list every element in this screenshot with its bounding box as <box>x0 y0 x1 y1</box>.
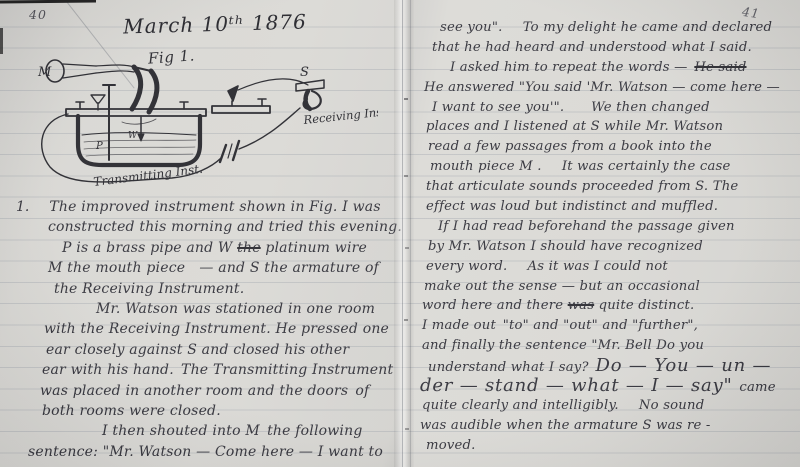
manuscript-text: that articulate sounds proceeded from S.… <box>426 179 738 194</box>
figure-label-p: P <box>95 141 103 152</box>
manuscript-text: P is a brass pipe and W <box>62 240 237 256</box>
manuscript-text: moved. <box>426 438 476 453</box>
manuscript-text: the Receiving Instrument. <box>54 281 244 297</box>
manuscript-line: der — stand — what — I — say" came <box>410 376 798 396</box>
manuscript-text: that he had heard and understood what I … <box>432 40 752 55</box>
manuscript-text: ear closely against S and closed his oth… <box>46 342 349 358</box>
manuscript-text: effect was loud but indistinct and muffl… <box>426 199 718 214</box>
manuscript-line: read a few passages from a book into the <box>410 137 798 157</box>
manuscript-line: was audible when the armature S was re - <box>410 416 798 436</box>
manuscript-line: every word. As it was I could not <box>410 257 798 277</box>
manuscript-line: moved. <box>410 436 798 456</box>
scan-edge-smudge <box>0 28 3 54</box>
liquid-transmitter-figure: M S P W Receiving Inst. Transmitting Ins… <box>22 50 378 202</box>
manuscript-text: mouth piece M . It was certainly the cas… <box>430 159 730 174</box>
manuscript-text: was audible when the armature S was re - <box>420 418 711 433</box>
manuscript-line: I made out "to" and "out" and "further", <box>410 316 798 336</box>
manuscript-line: 1.The improved instrument shown in Fig. … <box>10 197 400 217</box>
manuscript-text: came <box>733 380 776 395</box>
manuscript-line: constructed this morning and tried this … <box>10 217 400 237</box>
notebook-scan: 40 March 10ᵗʰ 1876 Fig 1. <box>0 0 800 467</box>
gutter-fold-line <box>402 0 403 467</box>
manuscript-line: and finally the sentence "Mr. Bell Do yo… <box>410 336 798 356</box>
manuscript-line: quite clearly and intelligibly. No sound <box>410 396 798 416</box>
manuscript-text: read a few passages from a book into the <box>428 139 712 154</box>
manuscript-line: Mr. Watson was stationed in one room <box>10 299 400 319</box>
manuscript-text: Do — You — un — <box>595 355 771 376</box>
manuscript-line: that articulate sounds proceeded from S.… <box>410 177 798 197</box>
gutter-fold-line <box>410 0 411 467</box>
notebook-page-left: 40 March 10ᵗʰ 1876 Fig 1. <box>0 0 402 467</box>
figure-label-m: M <box>37 65 52 80</box>
manuscript-line: ear closely against S and closed his oth… <box>10 340 400 360</box>
manuscript-line: places and I listened at S while Mr. Wat… <box>410 117 798 137</box>
struck-out-text: the <box>237 240 261 256</box>
manuscript-text: ear with his hand. The Transmitting Inst… <box>42 362 393 378</box>
manuscript-text: places and I listened at S while Mr. Wat… <box>426 119 723 134</box>
manuscript-text: see you". To my delight he came and decl… <box>440 20 772 35</box>
figure-label-s: S <box>300 65 309 80</box>
manuscript-text: constructed this morning and tried this … <box>48 219 402 235</box>
manuscript-line: I asked him to repeat the words — He sai… <box>410 58 798 78</box>
page-number-left: 40 <box>29 7 47 22</box>
manuscript-line: both rooms were closed. <box>10 401 400 421</box>
manuscript-line: the Receiving Instrument. <box>10 279 400 299</box>
manuscript-text: I want to see you'". We then changed <box>432 100 710 115</box>
struck-out-text: He said <box>694 60 746 75</box>
manuscript-line: sentence: "Mr. Watson — Come here — I wa… <box>10 442 400 462</box>
manuscript-line: make out the sense — but an occasional <box>410 277 798 297</box>
manuscript-line: with the Receiving Instrument. He presse… <box>10 319 400 339</box>
manuscript-line: effect was loud but indistinct and muffl… <box>410 197 798 217</box>
manuscript-line: by Mr. Watson I should have recognized <box>410 237 798 257</box>
manuscript-text: both rooms were closed. <box>42 403 221 419</box>
manuscript-text: The improved instrument shown in Fig. I … <box>49 199 380 215</box>
struck-out-text: was <box>568 298 595 313</box>
manuscript-line: that he had heard and understood what I … <box>410 38 798 58</box>
manuscript-line: He answered "You said 'Mr. Watson — come… <box>410 78 798 98</box>
manuscript-text: I then shouted into M the following <box>102 423 363 439</box>
notebook-page-right: 41 see you". To my delight he came and d… <box>402 0 800 467</box>
manuscript-text: der — stand — what — I — say" <box>420 375 733 396</box>
manuscript-text: word here and there <box>422 298 568 313</box>
manuscript-text: If I had read beforehand the passage giv… <box>438 219 735 234</box>
manuscript-line: understand what I say? Do — You — un — <box>410 356 798 376</box>
manuscript-text: quite clearly and intelligibly. No sound <box>422 398 704 413</box>
manuscript-text: and finally the sentence "Mr. Bell Do yo… <box>422 338 704 353</box>
page-gutter <box>394 0 414 467</box>
manuscript-text: by Mr. Watson I should have recognized <box>428 239 703 254</box>
manuscript-line: mouth piece M . It was certainly the cas… <box>410 157 798 177</box>
manuscript-line: word here and there was quite distinct. <box>410 296 798 316</box>
left-page-lines: 1.The improved instrument shown in Fig. … <box>10 197 400 462</box>
manuscript-text: was placed in another room and the doors… <box>40 383 369 399</box>
manuscript-text: make out the sense — but an occasional <box>424 279 700 294</box>
manuscript-line: P is a brass pipe and W the platinum wir… <box>10 238 400 258</box>
manuscript-text: I asked him to repeat the words — <box>450 60 694 75</box>
manuscript-line: I then shouted into M the following <box>10 421 400 441</box>
manuscript-line: see you". To my delight he came and decl… <box>410 18 798 38</box>
manuscript-text: He answered "You said 'Mr. Watson — come… <box>424 80 780 95</box>
manuscript-line: ear with his hand. The Transmitting Inst… <box>10 360 400 380</box>
manuscript-text: sentence: "Mr. Watson — Come here — I wa… <box>28 444 383 460</box>
manuscript-text: quite distinct. <box>594 298 694 313</box>
manuscript-text: every word. As it was I could not <box>426 259 668 274</box>
binding-stitch-marks <box>404 98 408 100</box>
manuscript-text: I made out "to" and "out" and "further", <box>422 318 698 333</box>
manuscript-line: was placed in another room and the doors… <box>10 381 400 401</box>
manuscript-text: 1. <box>16 199 29 215</box>
figure-label-w: W <box>128 131 138 141</box>
manuscript-text: with the Receiving Instrument. He presse… <box>44 321 389 337</box>
right-page-lines: see you". To my delight he came and decl… <box>410 18 798 456</box>
manuscript-text: Mr. Watson was stationed in one room <box>96 301 375 317</box>
manuscript-text: M the mouth piece — and S the armature o… <box>48 260 379 276</box>
manuscript-text: platinum wire <box>261 240 367 256</box>
manuscript-line: If I had read beforehand the passage giv… <box>410 217 798 237</box>
manuscript-text: understand what I say? <box>428 360 595 375</box>
manuscript-line: M the mouth piece — and S the armature o… <box>10 258 400 278</box>
manuscript-line: I want to see you'". We then changed <box>410 98 798 118</box>
